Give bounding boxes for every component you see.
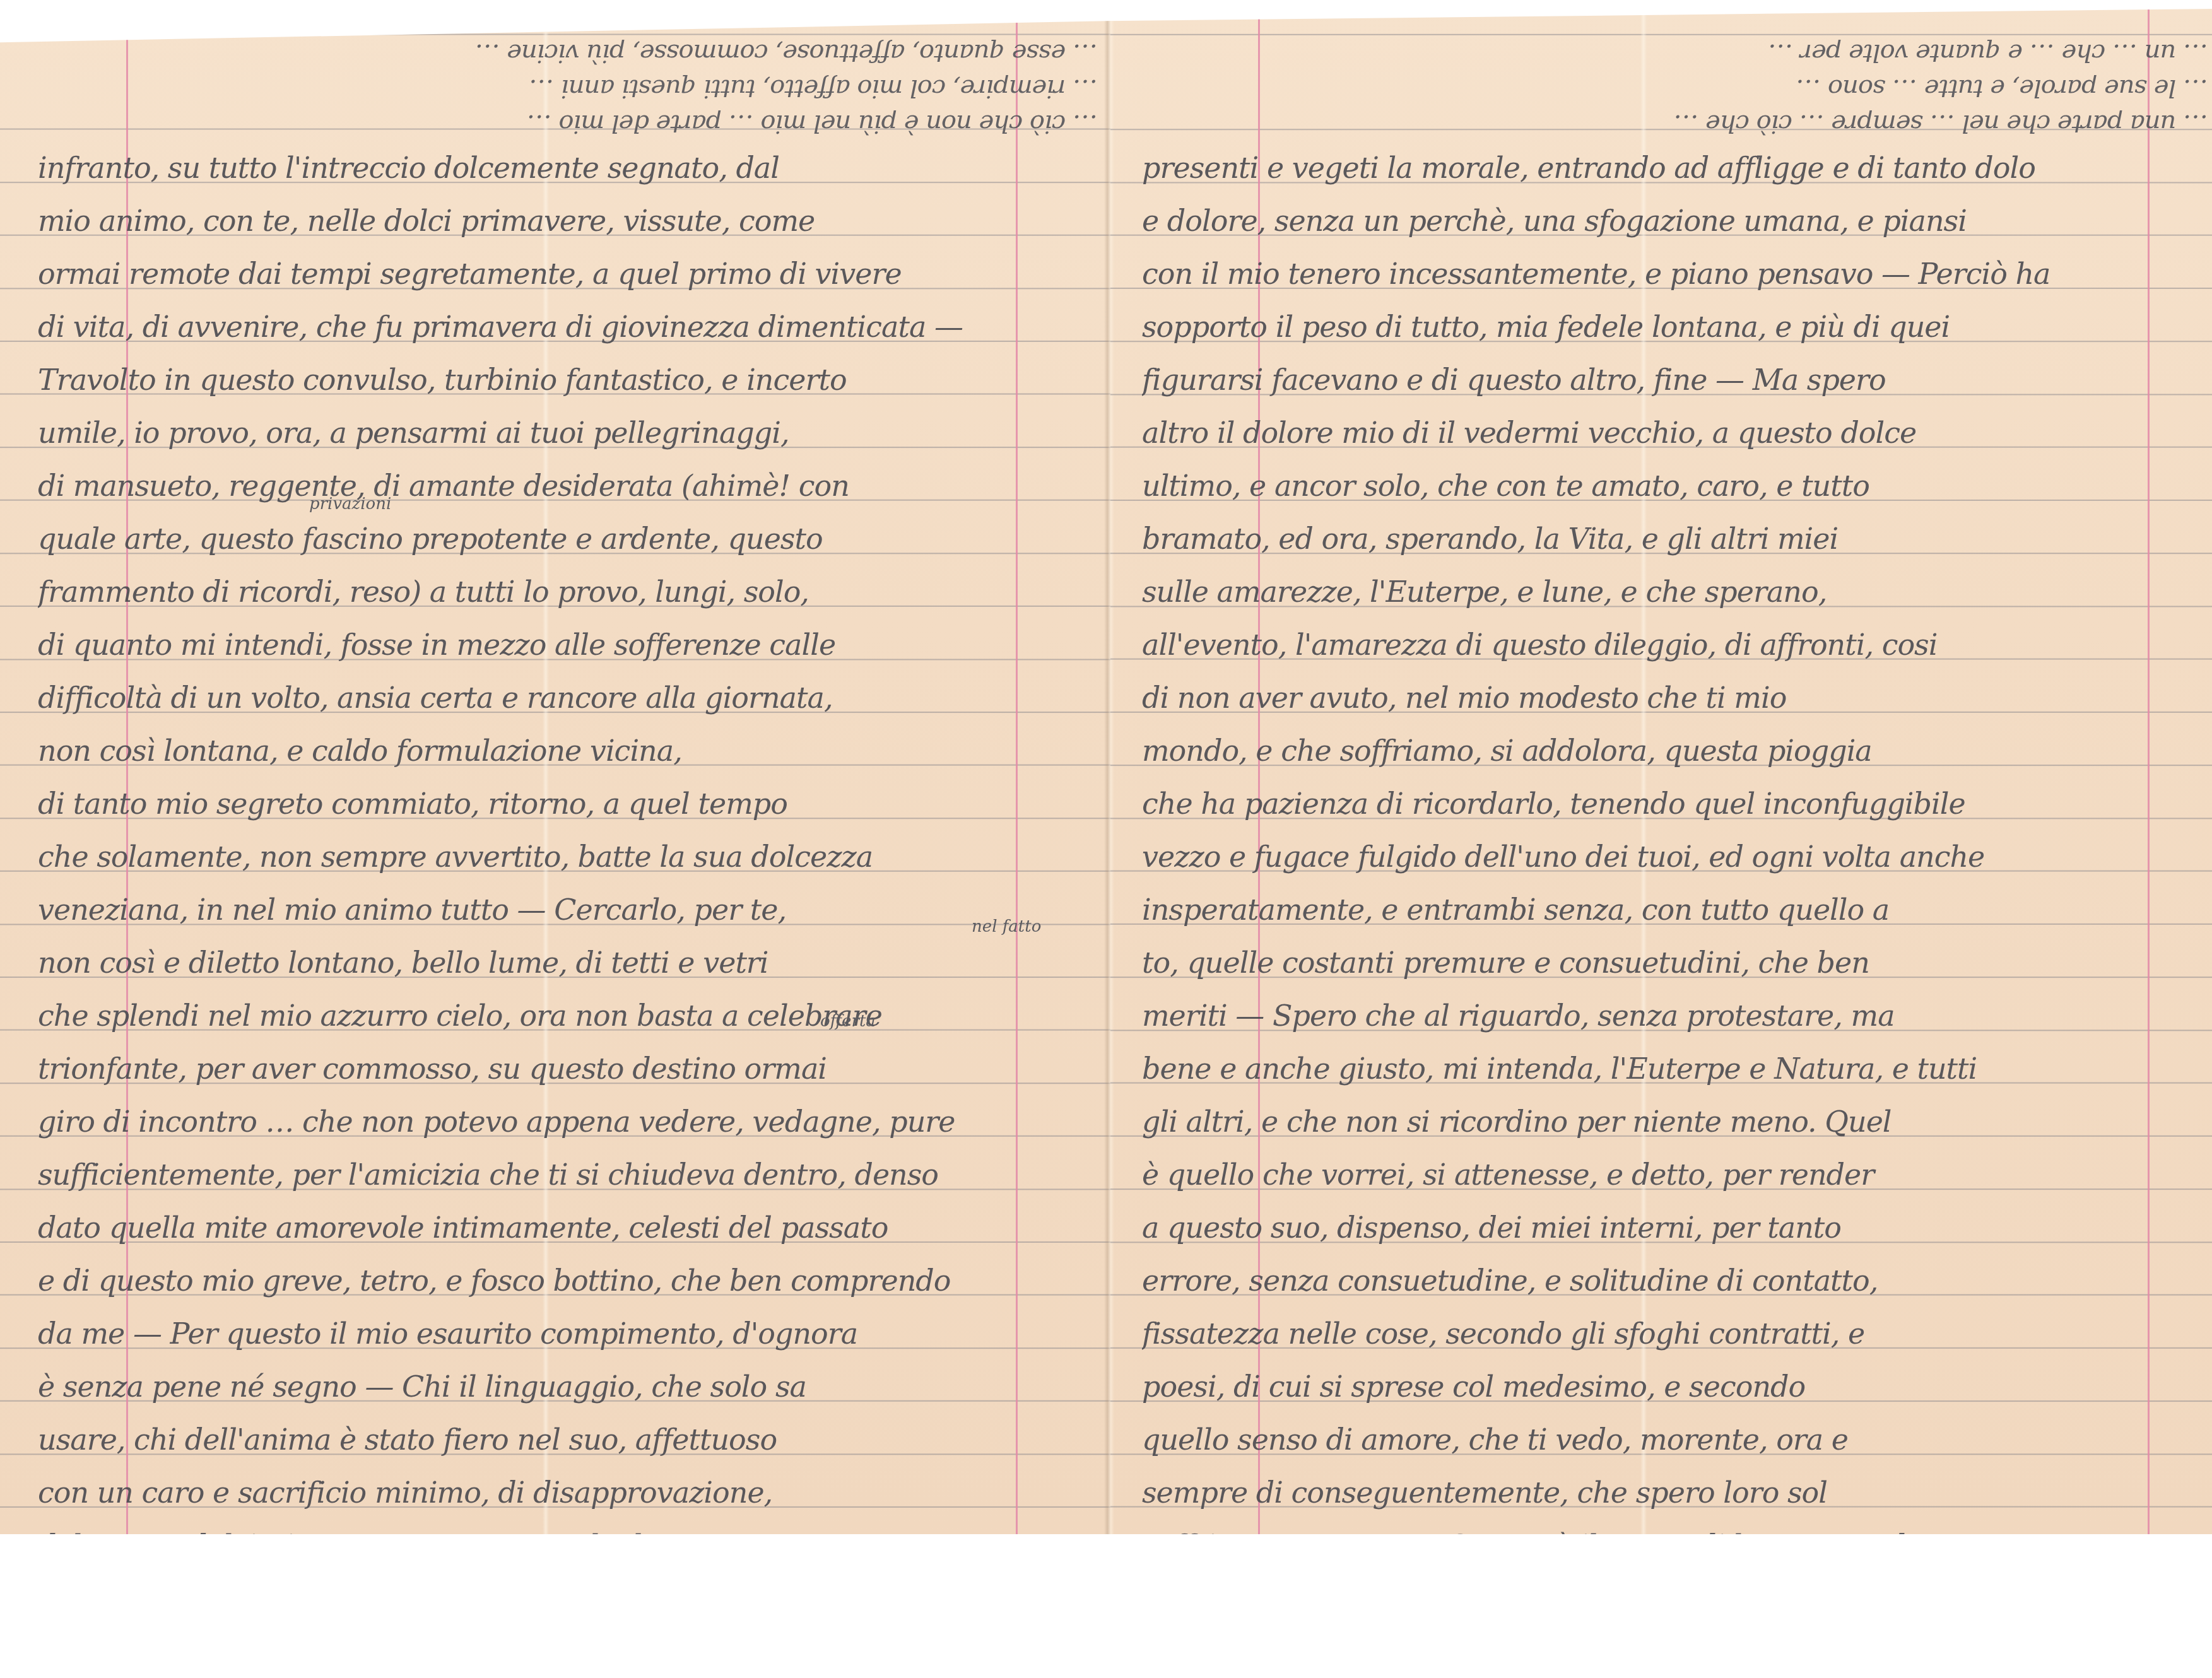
letter-paper: … ciò che non è più nel mio … parte del … — [0, 9, 2212, 1534]
handwritten-line: ultimo, e ancor solo, che con te amato, … — [1142, 459, 2202, 512]
handwritten-line: a questo suo, dispenso, dei miei interni… — [1142, 1201, 2202, 1254]
handwritten-line: … le sue parole, e tutte … sono … — [1117, 71, 2208, 106]
handwritten-line: umile, io provo, ora, a pensarmi ai tuoi… — [38, 406, 1085, 459]
handwritten-line: sufficientemente, per l'amicizia che ti … — [38, 1148, 1085, 1201]
interlinear-note: offerta — [820, 1012, 876, 1031]
handwritten-line: … che ho ricevuto … solo … per … — [1117, 34, 2208, 35]
handwritten-line: che solamente, non sempre avvertito, bat… — [38, 830, 1085, 883]
handwritten-line: frammento di ricordi, reso) a tutti lo p… — [38, 565, 1085, 618]
document-scan: … ciò che non è più nel mio … parte del … — [0, 0, 2212, 1534]
handwritten-line: infranto, su tutto l'intreccio dolcement… — [38, 141, 1085, 194]
handwritten-line: sulle amarezze, l'Euterpe, e lune, e che… — [1142, 565, 2202, 618]
handwritten-line: usare, chi dell'anima è stato fiero nel … — [38, 1413, 1085, 1466]
handwritten-line: Travolto in questo convulso, turbinio fa… — [38, 353, 1085, 406]
handwritten-line: quale arte, questo fascino prepotente e … — [38, 512, 1085, 565]
handwritten-line: mondo, e che soffriamo, si addolora, que… — [1142, 724, 2202, 777]
handwritten-line: da me — Per questo il mio esaurito compi… — [38, 1307, 1085, 1360]
handwritten-line: ormai remote dai tempi segretamente, a q… — [38, 247, 1085, 300]
handwritten-line: … un … che … e quante volte per … — [1117, 35, 2208, 71]
handwritten-line: e di questo mio greve, tetro, e fosco bo… — [38, 1254, 1085, 1307]
upside-down-text-block: … una parte che nel … sempre … ciò che …… — [1117, 34, 2208, 141]
handwritten-line: … uno, e che non … col suo affetto … più… — [13, 34, 1098, 35]
left-page-text: infranto, su tutto l'intreccio dolcement… — [38, 141, 1085, 1534]
interlinear-note: nel fatto — [972, 917, 1041, 936]
handwritten-line: sopporto il peso di tutto, mia fedele lo… — [1142, 300, 2202, 353]
handwritten-line: di quanto mi intendi, fosse in mezzo all… — [38, 618, 1085, 671]
handwritten-line: difficoltà di un volto, ansia certa e ra… — [38, 671, 1085, 724]
handwritten-line: di non aver avuto, nel mio modesto che t… — [1142, 671, 2202, 724]
handwritten-line: con il mio tenero incessantemente, e pia… — [1142, 247, 2202, 300]
handwritten-line: che splendi nel mio azzurro cielo, ora n… — [38, 989, 1085, 1042]
handwritten-line: … esse quanto, affettuose, commosse, più… — [13, 35, 1098, 71]
handwritten-line: è senza pene né segno — Chi il linguaggi… — [38, 1360, 1085, 1413]
handwritten-line: del nostro dolcissimo presente, ma anche… — [38, 1519, 1085, 1534]
interlinear-note: privazioni — [309, 495, 391, 513]
handwritten-line: gli altri, e che non si ricordino per ni… — [1142, 1095, 2202, 1148]
left-page: … ciò che non è più nel mio … parte del … — [0, 9, 1110, 1534]
handwritten-line: vezzo e fugace fulgido dell'uno dei tuoi… — [1142, 830, 2202, 883]
handwritten-line: dato quella mite amorevole intimamente, … — [38, 1201, 1085, 1254]
handwritten-line: … riempire, col mio affetto, tutti quest… — [13, 71, 1098, 106]
handwritten-line: di mansueto, reggente, di amante desider… — [38, 459, 1085, 512]
handwritten-line: bramato, ed ora, sperando, la Vita, e gl… — [1142, 512, 2202, 565]
handwritten-line: errore, senza consuetudine, e solitudine… — [1142, 1254, 2202, 1307]
handwritten-line: giro di incontro … che non potevo appena… — [38, 1095, 1085, 1148]
handwritten-line: di vita, di avvenire, che fu primavera d… — [38, 300, 1085, 353]
handwritten-line: sempre di conseguentemente, che spero lo… — [1142, 1466, 2202, 1519]
handwritten-line: mio animo, con te, nelle dolci primavere… — [38, 194, 1085, 247]
handwritten-line: bene e anche giusto, mi intenda, l'Euter… — [1142, 1042, 2202, 1095]
handwritten-line: figurarsi facevano e di questo altro, fi… — [1142, 353, 2202, 406]
handwritten-line: to, quelle costanti premure e consuetudi… — [1142, 936, 2202, 989]
handwritten-line: con un caro e sacrificio minimo, di disa… — [38, 1466, 1085, 1519]
handwritten-line: che ha pazienza di ricordarlo, tenendo q… — [1142, 777, 2202, 830]
handwritten-line: non così e diletto lontano, bello lume, … — [38, 936, 1085, 989]
handwritten-line: veneziana, in nel mio animo tutto — Cerc… — [38, 883, 1085, 936]
right-page-text: presenti e vegeti la morale, entrando ad… — [1142, 141, 2202, 1534]
handwritten-line: … una parte che nel … sempre … ciò che … — [1117, 106, 2208, 141]
handwritten-line: non così lontana, e caldo formulazione v… — [38, 724, 1085, 777]
handwritten-line: quello senso di amore, che ti vedo, more… — [1142, 1413, 2202, 1466]
handwritten-line: poesi, di cui si sprese col medesimo, e … — [1142, 1360, 2202, 1413]
handwritten-line: … ciò che non è più nel mio … parte del … — [13, 106, 1098, 141]
handwritten-line: fissatezza nelle cose, secondo gli sfogh… — [1142, 1307, 2202, 1360]
handwritten-line: di tanto mio segreto commiato, ritorno, … — [38, 777, 1085, 830]
handwritten-line: altro il dolore mio di il vedermi vecchi… — [1142, 406, 2202, 459]
handwritten-line: meriti — Spero che al riguardo, senza pr… — [1142, 989, 2202, 1042]
upside-down-text-block: … ciò che non è più nel mio … parte del … — [13, 34, 1098, 141]
right-page: … una parte che nel … sempre … ciò che …… — [1110, 9, 2212, 1534]
handwritten-line: è quello che vorrei, si attenesse, e det… — [1142, 1148, 2202, 1201]
handwritten-line: soffriamo attesare — Questo è il sogno d… — [1142, 1519, 2202, 1534]
handwritten-line: trionfante, per aver commosso, su questo… — [38, 1042, 1085, 1095]
handwritten-line: insperatamente, e entrambi senza, con tu… — [1142, 883, 2202, 936]
handwritten-line: presenti e vegeti la morale, entrando ad… — [1142, 141, 2202, 194]
handwritten-line: all'evento, l'amarezza di questo dileggi… — [1142, 618, 2202, 671]
handwritten-line: e dolore, senza un perchè, una sfogazion… — [1142, 194, 2202, 247]
